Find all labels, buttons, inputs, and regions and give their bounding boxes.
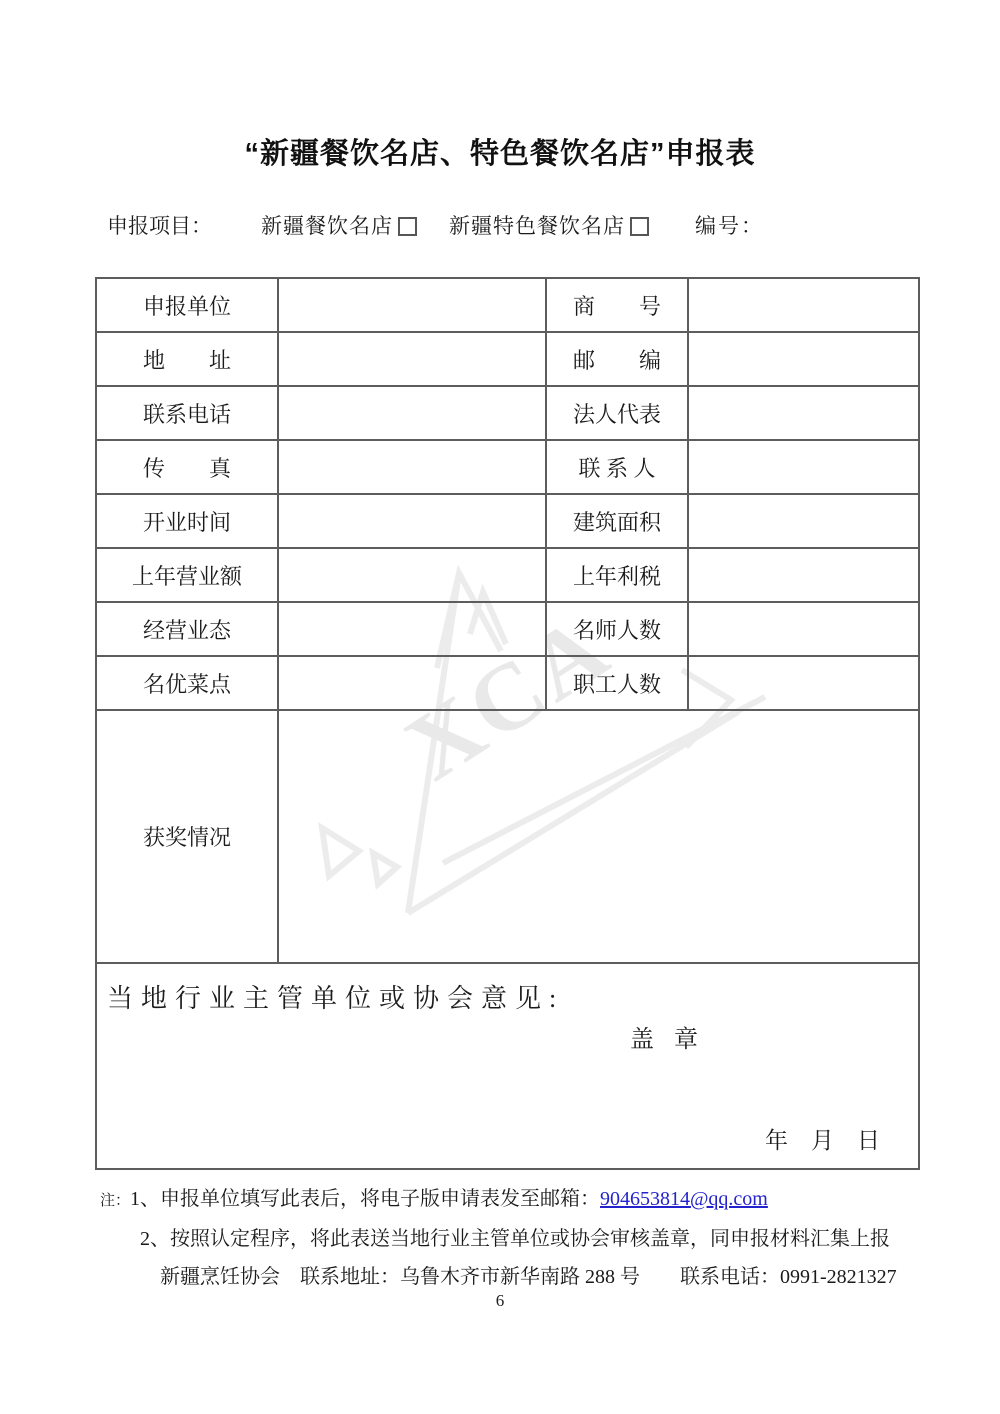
footnote-line-1-text: 1、申报单位填写此表后，将电子版申请表发至邮箱： bbox=[130, 1188, 600, 1210]
table-row-business-type: 经营业态 名师人数 bbox=[96, 602, 919, 656]
cell-label-last-year-revenue: 上年营业额 bbox=[96, 548, 278, 602]
cell-label-applicant-unit: 申报单位 bbox=[96, 278, 278, 332]
table-row-awards: 获奖情况 bbox=[96, 710, 919, 963]
cell-value-staff-count bbox=[688, 656, 919, 710]
project-selection-line: 申报项目： 新疆餐饮名店 新疆特色餐饮名店 编号： bbox=[107, 210, 764, 240]
checkbox-special-restaurant bbox=[630, 217, 649, 236]
footnote-prefix: 注： bbox=[100, 1193, 130, 1209]
cell-value-postal-code bbox=[688, 332, 919, 386]
cell-value-contact-person bbox=[688, 440, 919, 494]
table-row-opening-date: 开业时间 建筑面积 bbox=[96, 494, 919, 548]
table-row-opinion: 当地行业主管单位或协会意见: 盖 章 年 月 日 bbox=[96, 963, 919, 1169]
cell-value-fax bbox=[278, 440, 546, 494]
cell-value-master-chef-count bbox=[688, 602, 919, 656]
project-label: 申报项目： bbox=[107, 210, 212, 240]
cell-label-address: 地 址 bbox=[96, 332, 278, 386]
serial-number-label: 编号： bbox=[695, 210, 764, 240]
option-special-restaurant-label: 新疆特色餐饮名店 bbox=[449, 210, 625, 240]
cell-label-business-type: 经营业态 bbox=[96, 602, 278, 656]
page-number: 6 bbox=[0, 1291, 1000, 1311]
cell-label-postal-code: 邮 编 bbox=[546, 332, 688, 386]
cell-value-applicant-unit bbox=[278, 278, 546, 332]
cell-value-awards bbox=[278, 710, 919, 963]
page-title: “新疆餐饮名店、特色餐饮名店”申报表 bbox=[0, 131, 1000, 172]
email-link[interactable]: 904653814@qq.com bbox=[600, 1188, 768, 1210]
cell-label-legal-representative: 法人代表 bbox=[546, 386, 688, 440]
cell-label-staff-count: 职工人数 bbox=[546, 656, 688, 710]
footnote-line-2: 2、按照认定程序，将此表送当地行业主管单位或协会审核盖章，同申报材料汇集上报 bbox=[100, 1220, 930, 1258]
cell-opinion: 当地行业主管单位或协会意见: 盖 章 年 月 日 bbox=[96, 963, 919, 1169]
footnotes: 注：1、申报单位填写此表后，将电子版申请表发至邮箱：904653814@qq.c… bbox=[100, 1180, 930, 1296]
cell-label-last-year-tax: 上年利税 bbox=[546, 548, 688, 602]
cell-value-last-year-tax bbox=[688, 548, 919, 602]
stamp-label: 盖 章 bbox=[630, 1019, 705, 1054]
cell-value-opening-date bbox=[278, 494, 546, 548]
table-row-applicant: 申报单位 商 号 bbox=[96, 278, 919, 332]
opinion-title: 当地行业主管单位或协会意见: bbox=[107, 978, 564, 1015]
cell-label-building-area: 建筑面积 bbox=[546, 494, 688, 548]
cell-label-contact-person: 联 系 人 bbox=[546, 440, 688, 494]
cell-label-trade-name: 商 号 bbox=[546, 278, 688, 332]
cell-label-master-chef-count: 名师人数 bbox=[546, 602, 688, 656]
cell-value-address bbox=[278, 332, 546, 386]
cell-value-business-type bbox=[278, 602, 546, 656]
application-table: 申报单位 商 号 地 址 邮 编 联系电话 法人代表 传 真 联 系 人 开业时… bbox=[95, 277, 920, 1170]
cell-label-opening-date: 开业时间 bbox=[96, 494, 278, 548]
table-row-revenue: 上年营业额 上年利税 bbox=[96, 548, 919, 602]
cell-value-trade-name bbox=[688, 278, 919, 332]
cell-label-awards: 获奖情况 bbox=[96, 710, 278, 963]
option-famous-restaurant: 新疆餐饮名店 bbox=[261, 210, 417, 240]
table-row-address: 地 址 邮 编 bbox=[96, 332, 919, 386]
checkbox-famous-restaurant bbox=[398, 217, 417, 236]
footnote-line-1: 注：1、申报单位填写此表后，将电子版申请表发至邮箱：904653814@qq.c… bbox=[100, 1180, 930, 1220]
document-page: XCA “新疆餐饮名店、特色餐饮名店”申报表 申报项目： 新疆餐饮名店 新疆特色… bbox=[0, 0, 1000, 1414]
table-row-fax: 传 真 联 系 人 bbox=[96, 440, 919, 494]
table-row-phone: 联系电话 法人代表 bbox=[96, 386, 919, 440]
cell-value-phone bbox=[278, 386, 546, 440]
cell-value-legal-representative bbox=[688, 386, 919, 440]
cell-value-building-area bbox=[688, 494, 919, 548]
date-label: 年 月 日 bbox=[765, 1122, 880, 1155]
cell-label-fax: 传 真 bbox=[96, 440, 278, 494]
table-row-famous-dishes: 名优菜点 职工人数 bbox=[96, 656, 919, 710]
cell-label-famous-dishes: 名优菜点 bbox=[96, 656, 278, 710]
cell-value-famous-dishes bbox=[278, 656, 546, 710]
cell-label-phone: 联系电话 bbox=[96, 386, 278, 440]
option-special-restaurant: 新疆特色餐饮名店 bbox=[449, 210, 649, 240]
option-famous-restaurant-label: 新疆餐饮名店 bbox=[261, 210, 393, 240]
cell-value-last-year-revenue bbox=[278, 548, 546, 602]
